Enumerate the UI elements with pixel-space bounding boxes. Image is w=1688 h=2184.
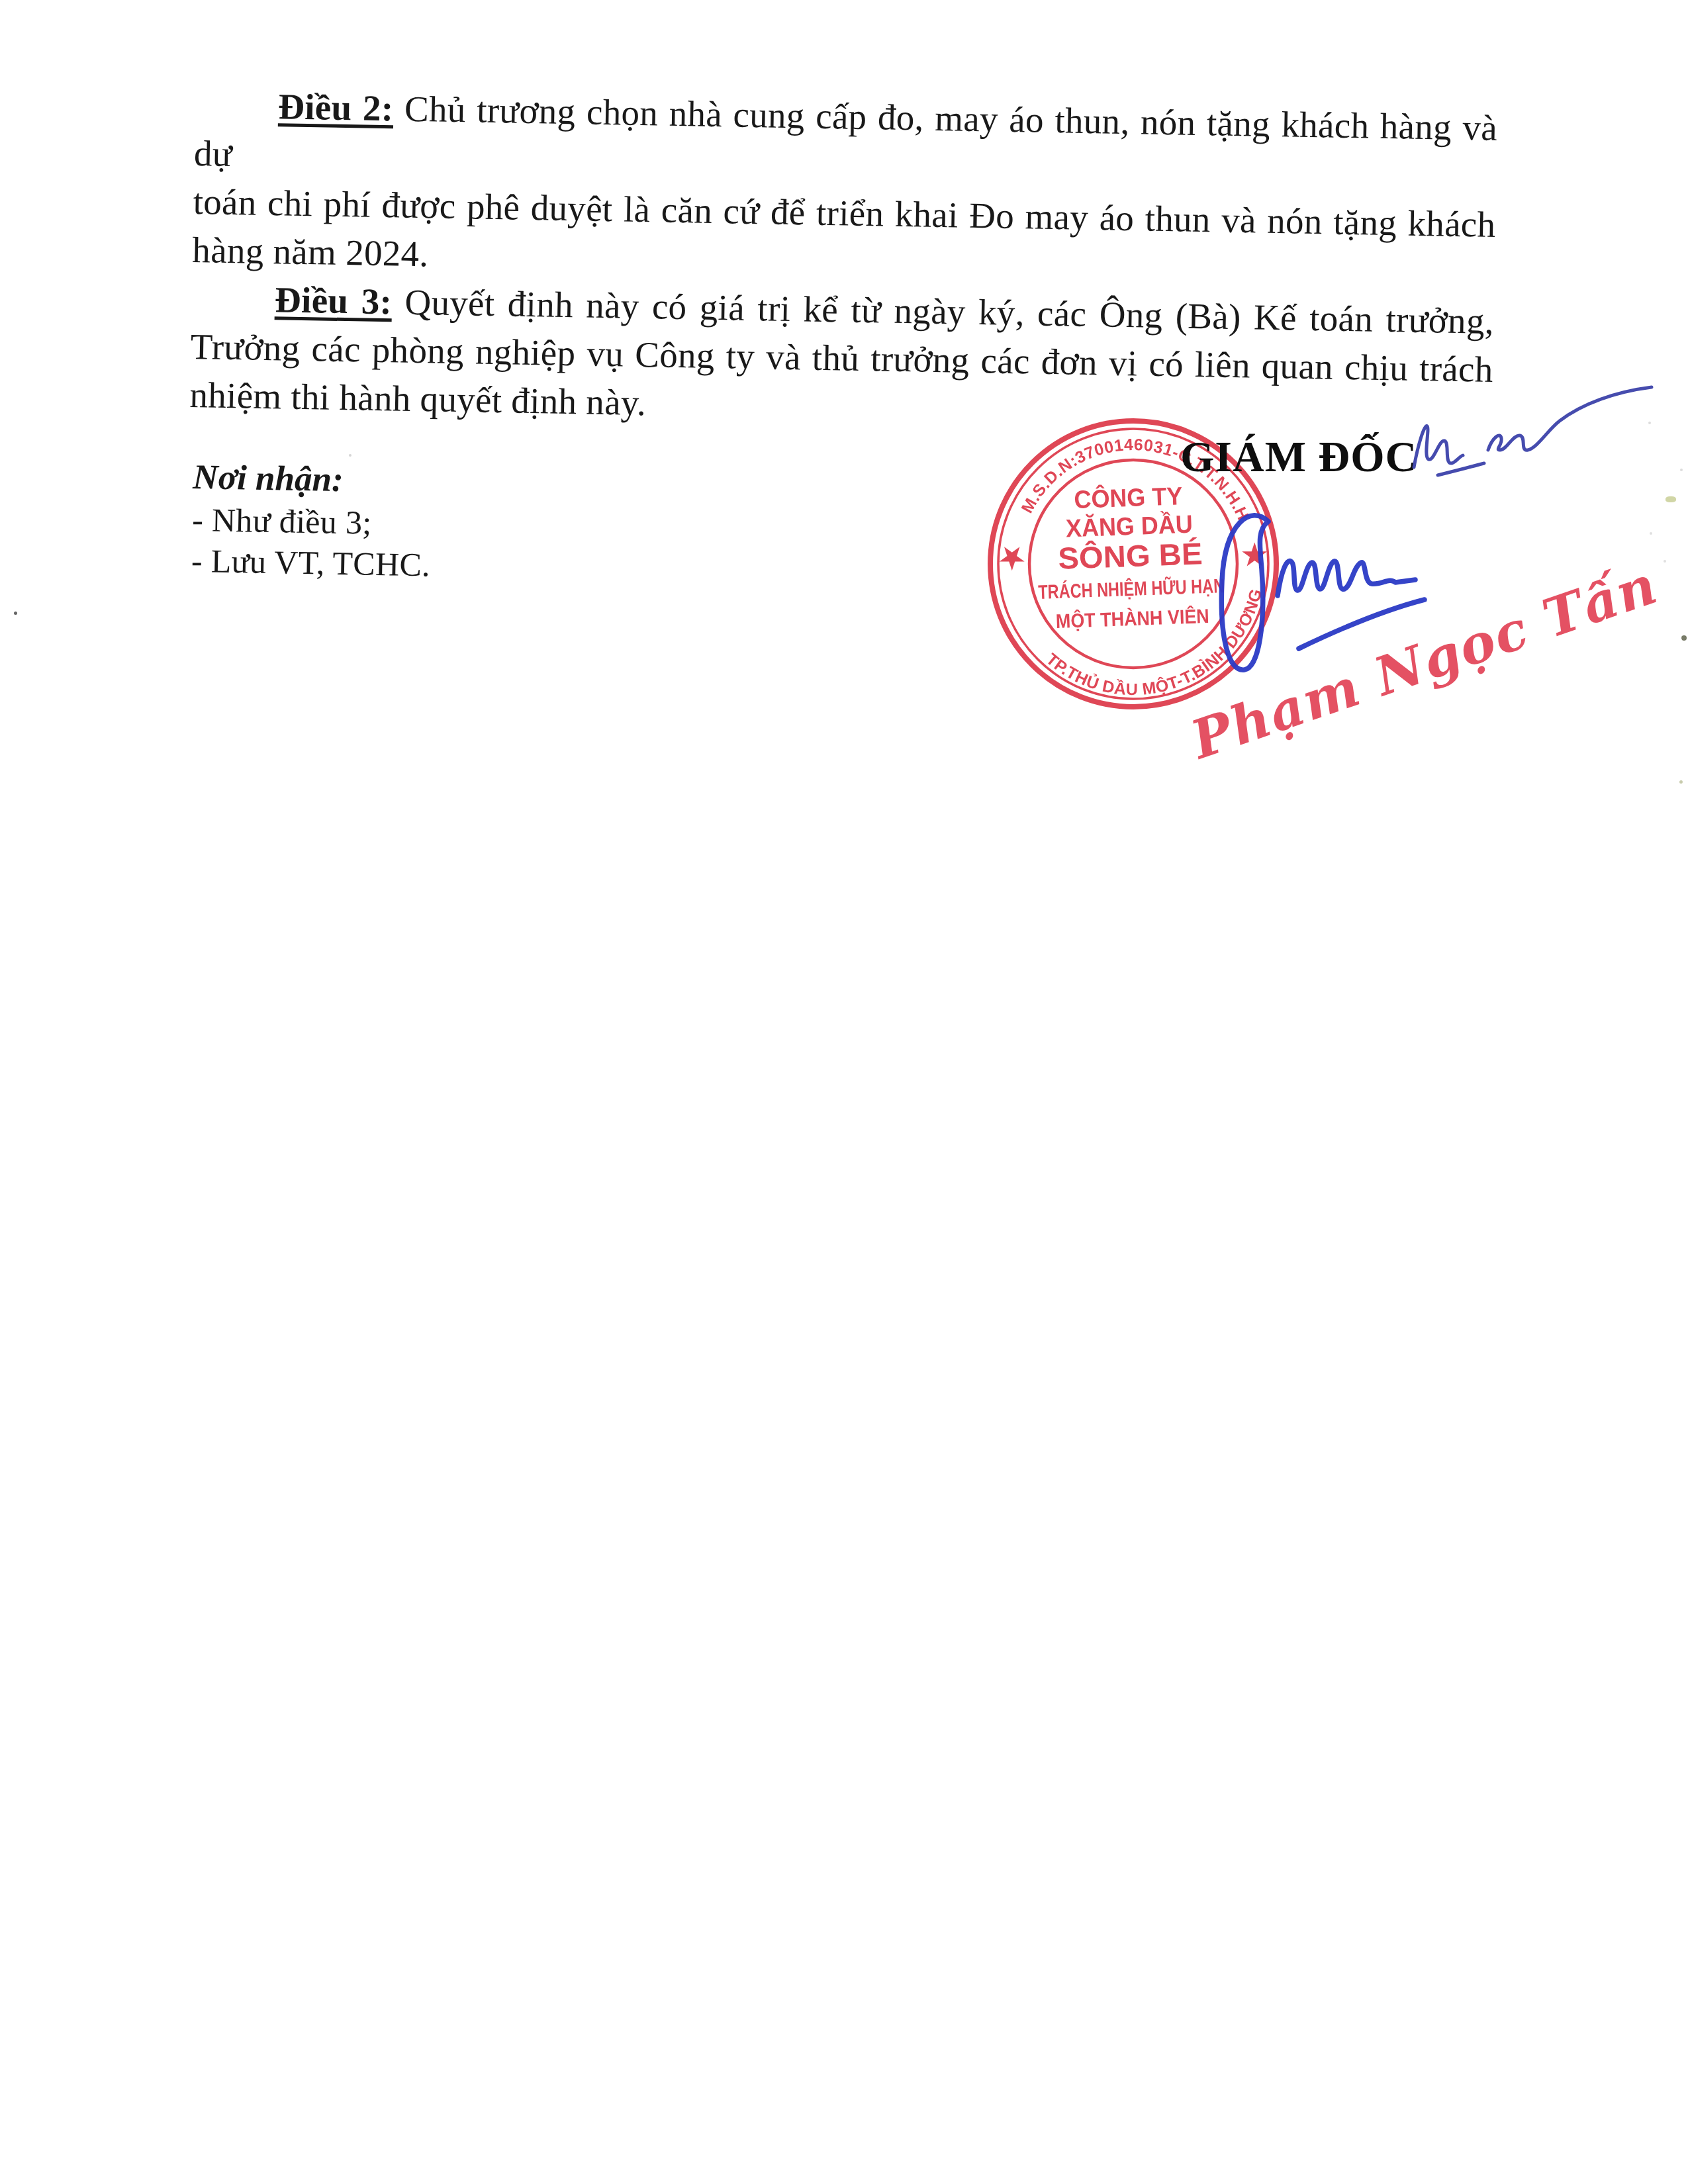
body-line-text: hàng năm 2024.: [192, 230, 429, 274]
document-page: Điều 2: Chủ trương chọn nhà cung cấp đo,…: [0, 0, 1688, 2184]
recipients-block: Nơi nhận: - Như điều 3; - Lưu VT, TCHC.: [191, 455, 432, 585]
body-line-text: nhiệm thi hành quyết định này.: [189, 375, 647, 423]
recipient-item: - Lưu VT, TCHC.: [191, 540, 431, 585]
first-line-indent: [191, 310, 275, 312]
scan-speck: [14, 612, 17, 615]
recipient-item: - Như điều 3;: [192, 499, 432, 544]
article-2-label: Điều 2:: [278, 86, 394, 128]
director-initials: [1414, 387, 1652, 475]
first-line-indent: [195, 116, 278, 118]
scan-speck: [349, 454, 352, 457]
article-3-label: Điều 3:: [275, 279, 393, 322]
recipients-title: Nơi nhận:: [193, 455, 432, 503]
